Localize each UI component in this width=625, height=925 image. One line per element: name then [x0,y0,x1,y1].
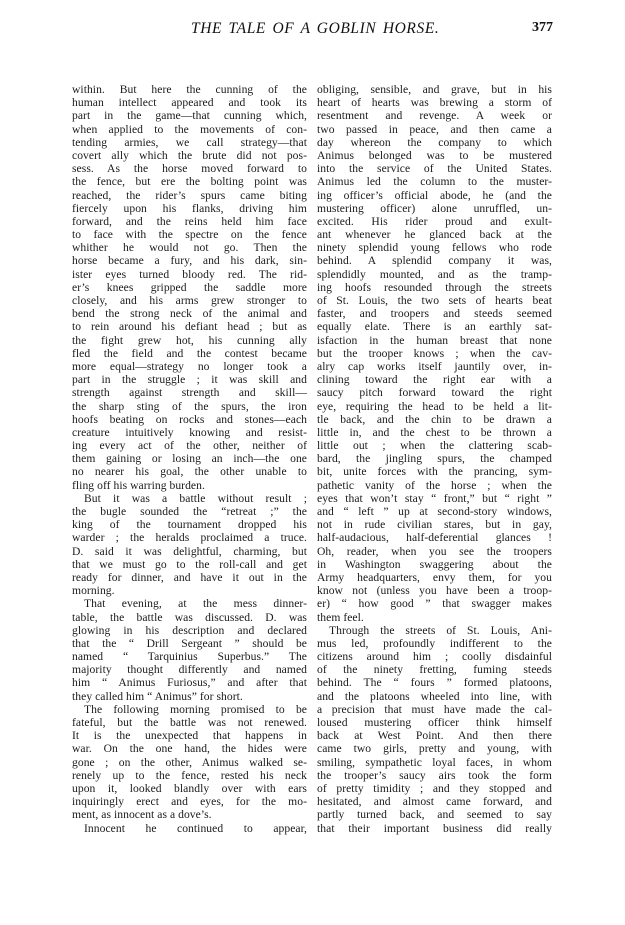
text-line: half-audacious, half-deferential glances… [317,531,552,544]
text-line: came two girls, pretty and young, with [317,742,552,755]
text-line: Army headquarters, envy them, for you [317,571,552,584]
text-line: and “ left ” up at second-story windows, [317,505,552,518]
text-line: inquiringly erect and eyes, for the mo- [72,795,307,808]
text-line: strength against strength and skill— [72,386,307,399]
text-line: back at West Point. And then there [317,729,552,742]
text-line: within. But here the cunning of the [72,83,307,96]
text-line: faster, and troopers and steeds seemed [317,307,552,320]
text-line: closely, and his arms grew stronger to [72,294,307,307]
text-line: mus led, profoundly indifferent to the [317,637,552,650]
text-line: partly turned back, and seemed to say [317,808,552,821]
text-line: Oh, reader, when you see the troopers [317,545,552,558]
text-line: fiercely upon his flanks, driving him [72,202,307,215]
text-line: two passed in peace, and then came a [317,123,552,136]
text-line: of pretty timidity ; and they stopped an… [317,782,552,795]
text-line: war. On the one hand, the hides were [72,742,307,755]
text-line: little in, and the chest to be thrown a [317,426,552,439]
running-header: THE TALE OF A GOBLIN HORSE. 377 [0,20,625,40]
text-line: of St. Louis, the two sets of hearts bea… [317,294,552,307]
text-line: majority thought differently and named [72,663,307,676]
text-line: er) “ how good ” that swagger makes [317,597,552,610]
text-line: hesitated, and almost came forward, and [317,795,552,808]
text-line: er’s knees gripped the saddle more [72,281,307,294]
text-line: D. said it was delightful, charming, but [72,545,307,558]
text-line: forward, and the reins held him face [72,215,307,228]
text-line: him “ Animus Furiosus,” and after that [72,676,307,689]
text-line: excited. His rider proud and exult- [317,215,552,228]
text-line: the bugle sounded the “retreat ;” the [72,505,307,518]
text-line: of the ninety fretting, fuming steeds [317,663,552,676]
text-line: citizens around him ; coolly disdainful [317,650,552,663]
text-line: horse became a fury, and his dark, sin- [72,254,307,267]
text-line: fled the field and the contest became [72,347,307,360]
text-line: morning. [72,584,307,597]
text-line: eyes that won’t stay “ front,” but “ rig… [317,492,552,505]
text-line: named “ Tarquinius Superbus.” The [72,650,307,663]
text-line: ninety splendid young fellows who rode [317,241,552,254]
text-line: when applied to the movements of con- [72,123,307,136]
text-line: sess. As the horse moved forward to [72,162,307,175]
text-line: fling off his warring burden. [72,479,307,492]
text-line: little out ; when the clattering scab- [317,439,552,452]
text-line: But it was a battle without result ; [72,492,307,505]
text-line: ant whenever he glanced back at the [317,228,552,241]
text-line: heart of hearts was brewing a storm of [317,96,552,109]
text-line: eye, requiring the head to be held a lit… [317,400,552,413]
text-line: That evening, at the mess dinner- [72,597,307,610]
text-line: warder ; the heralds proclaimed a truce. [72,531,307,544]
text-line: Innocent he continued to appear, [72,822,307,835]
text-line: that the “ Drill Sergeant ” should be [72,637,307,650]
text-line: more equal—strategy no longer took a [72,360,307,373]
text-line: obliging, sensible, and grave, but in hi… [317,83,552,96]
text-line: isfaction in the human breast that none [317,334,552,347]
text-line: splendidly mounted, and as the tramp- [317,268,552,281]
text-line: in Washington swaggering about the [317,558,552,571]
text-line: Animus led the column to the muster- [317,175,552,188]
text-line: behind. The “ fours ” formed platoons, [317,676,552,689]
text-line: to face with the spectre on the fence [72,228,307,241]
text-line: ready for dinner, and have it out in the [72,571,307,584]
text-line: part in the game—that cunning which, [72,109,307,122]
text-line: know not (unless you have been a troop- [317,584,552,597]
text-line: Animus belonged was to be mustered [317,149,552,162]
text-line: the fight grew hot, his cunning ally [72,334,307,347]
text-line: behind. A splendid company it was, [317,254,552,267]
text-line: a precision that must have made the cal- [317,703,552,716]
text-line: mustering officer) alone unruffled, un- [317,202,552,215]
text-line: into the service of the United States. [317,162,552,175]
text-line: ing every act of the other, neither of [72,439,307,452]
text-line: but the trooper knows ; when the cav- [317,347,552,360]
text-line: loused mustering officer think himself [317,716,552,729]
text-line: the trooper’s saucy airs took the form [317,769,552,782]
text-line: hoofs beating on rocks and stones—each [72,413,307,426]
text-line: to rein around his defiant head ; but as [72,320,307,333]
text-line: bard, the jingling spurs, the champed [317,452,552,465]
text-line: table, the battle was discussed. D. was [72,611,307,624]
text-line: them feel. [317,611,552,624]
text-line: The following morning promised to be [72,703,307,716]
text-line: alry cap works itself jauntily over, in- [317,360,552,373]
text-line: equally elate. There is an earthly sat- [317,320,552,333]
text-line: ister eyes turned bloody red. The rid- [72,268,307,281]
text-line: the sharp sting of the spurs, the iron [72,400,307,413]
text-line: renely up to the fence, rested his neck [72,769,307,782]
text-line: clining toward the right ear with a [317,373,552,386]
text-column-right: obliging, sensible, and grave, but in hi… [317,83,552,835]
text-line: reached, the rider’s spurs came biting [72,189,307,202]
text-line: bit, unite forces with the prancing, sym… [317,465,552,478]
text-line: resentment and revenge. A week or [317,109,552,122]
text-line: whither he would not go. Then the [72,241,307,254]
text-line: tending armies, we call strategy—that [72,136,307,149]
text-line: king of the tournament dropped his [72,518,307,531]
text-line: creature intuitively knowing and resist- [72,426,307,439]
text-line: them gaining or losing an inch—the one [72,452,307,465]
text-line: day whereon the company to which [317,136,552,149]
text-line: ment, as innocent as a dove’s. [72,808,307,821]
page-number: 377 [532,20,553,36]
text-line: part in the struggle ; it was skill and [72,373,307,386]
text-line: smiling, sympathetic loyal faces, in who… [317,756,552,769]
text-line: the fence, but ere the bolting point was [72,175,307,188]
text-line: fateful, but the battle was not renewed. [72,716,307,729]
text-line: that we must go to the roll-call and get [72,558,307,571]
text-line: covert ally which the brute did not pos- [72,149,307,162]
text-line: and the platoons wheeled into line, with [317,690,552,703]
text-line: not in rude civilian stares, but in gay, [317,518,552,531]
text-line: gone ; on the other, Animus walked se- [72,756,307,769]
text-line: ing officer’s official abode, he (and th… [317,189,552,202]
text-line: Through the streets of St. Louis, Ani- [317,624,552,637]
text-line: human intellect appeared and took its [72,96,307,109]
text-line: It is the unexpected that happens in [72,729,307,742]
text-line: ing hoofs resounded through the streets [317,281,552,294]
text-line: they called him “ Animus” for short. [72,690,307,703]
running-title: THE TALE OF A GOBLIN HORSE. [191,20,439,38]
text-line: tle back, and the chin to be drawn a [317,413,552,426]
text-column-left: within. But here the cunning of thehuman… [72,83,307,835]
text-line: no nearer his goal, the other unable to [72,465,307,478]
text-line: glowing in his description and declared [72,624,307,637]
text-line: saucy pitch forward toward the right [317,386,552,399]
text-line: upon it, looked blandly over with ears [72,782,307,795]
text-line: that their important business did really [317,822,552,835]
text-line: bend the strong neck of the animal and [72,307,307,320]
text-line: pathetic vanity of the horse ; when the [317,479,552,492]
